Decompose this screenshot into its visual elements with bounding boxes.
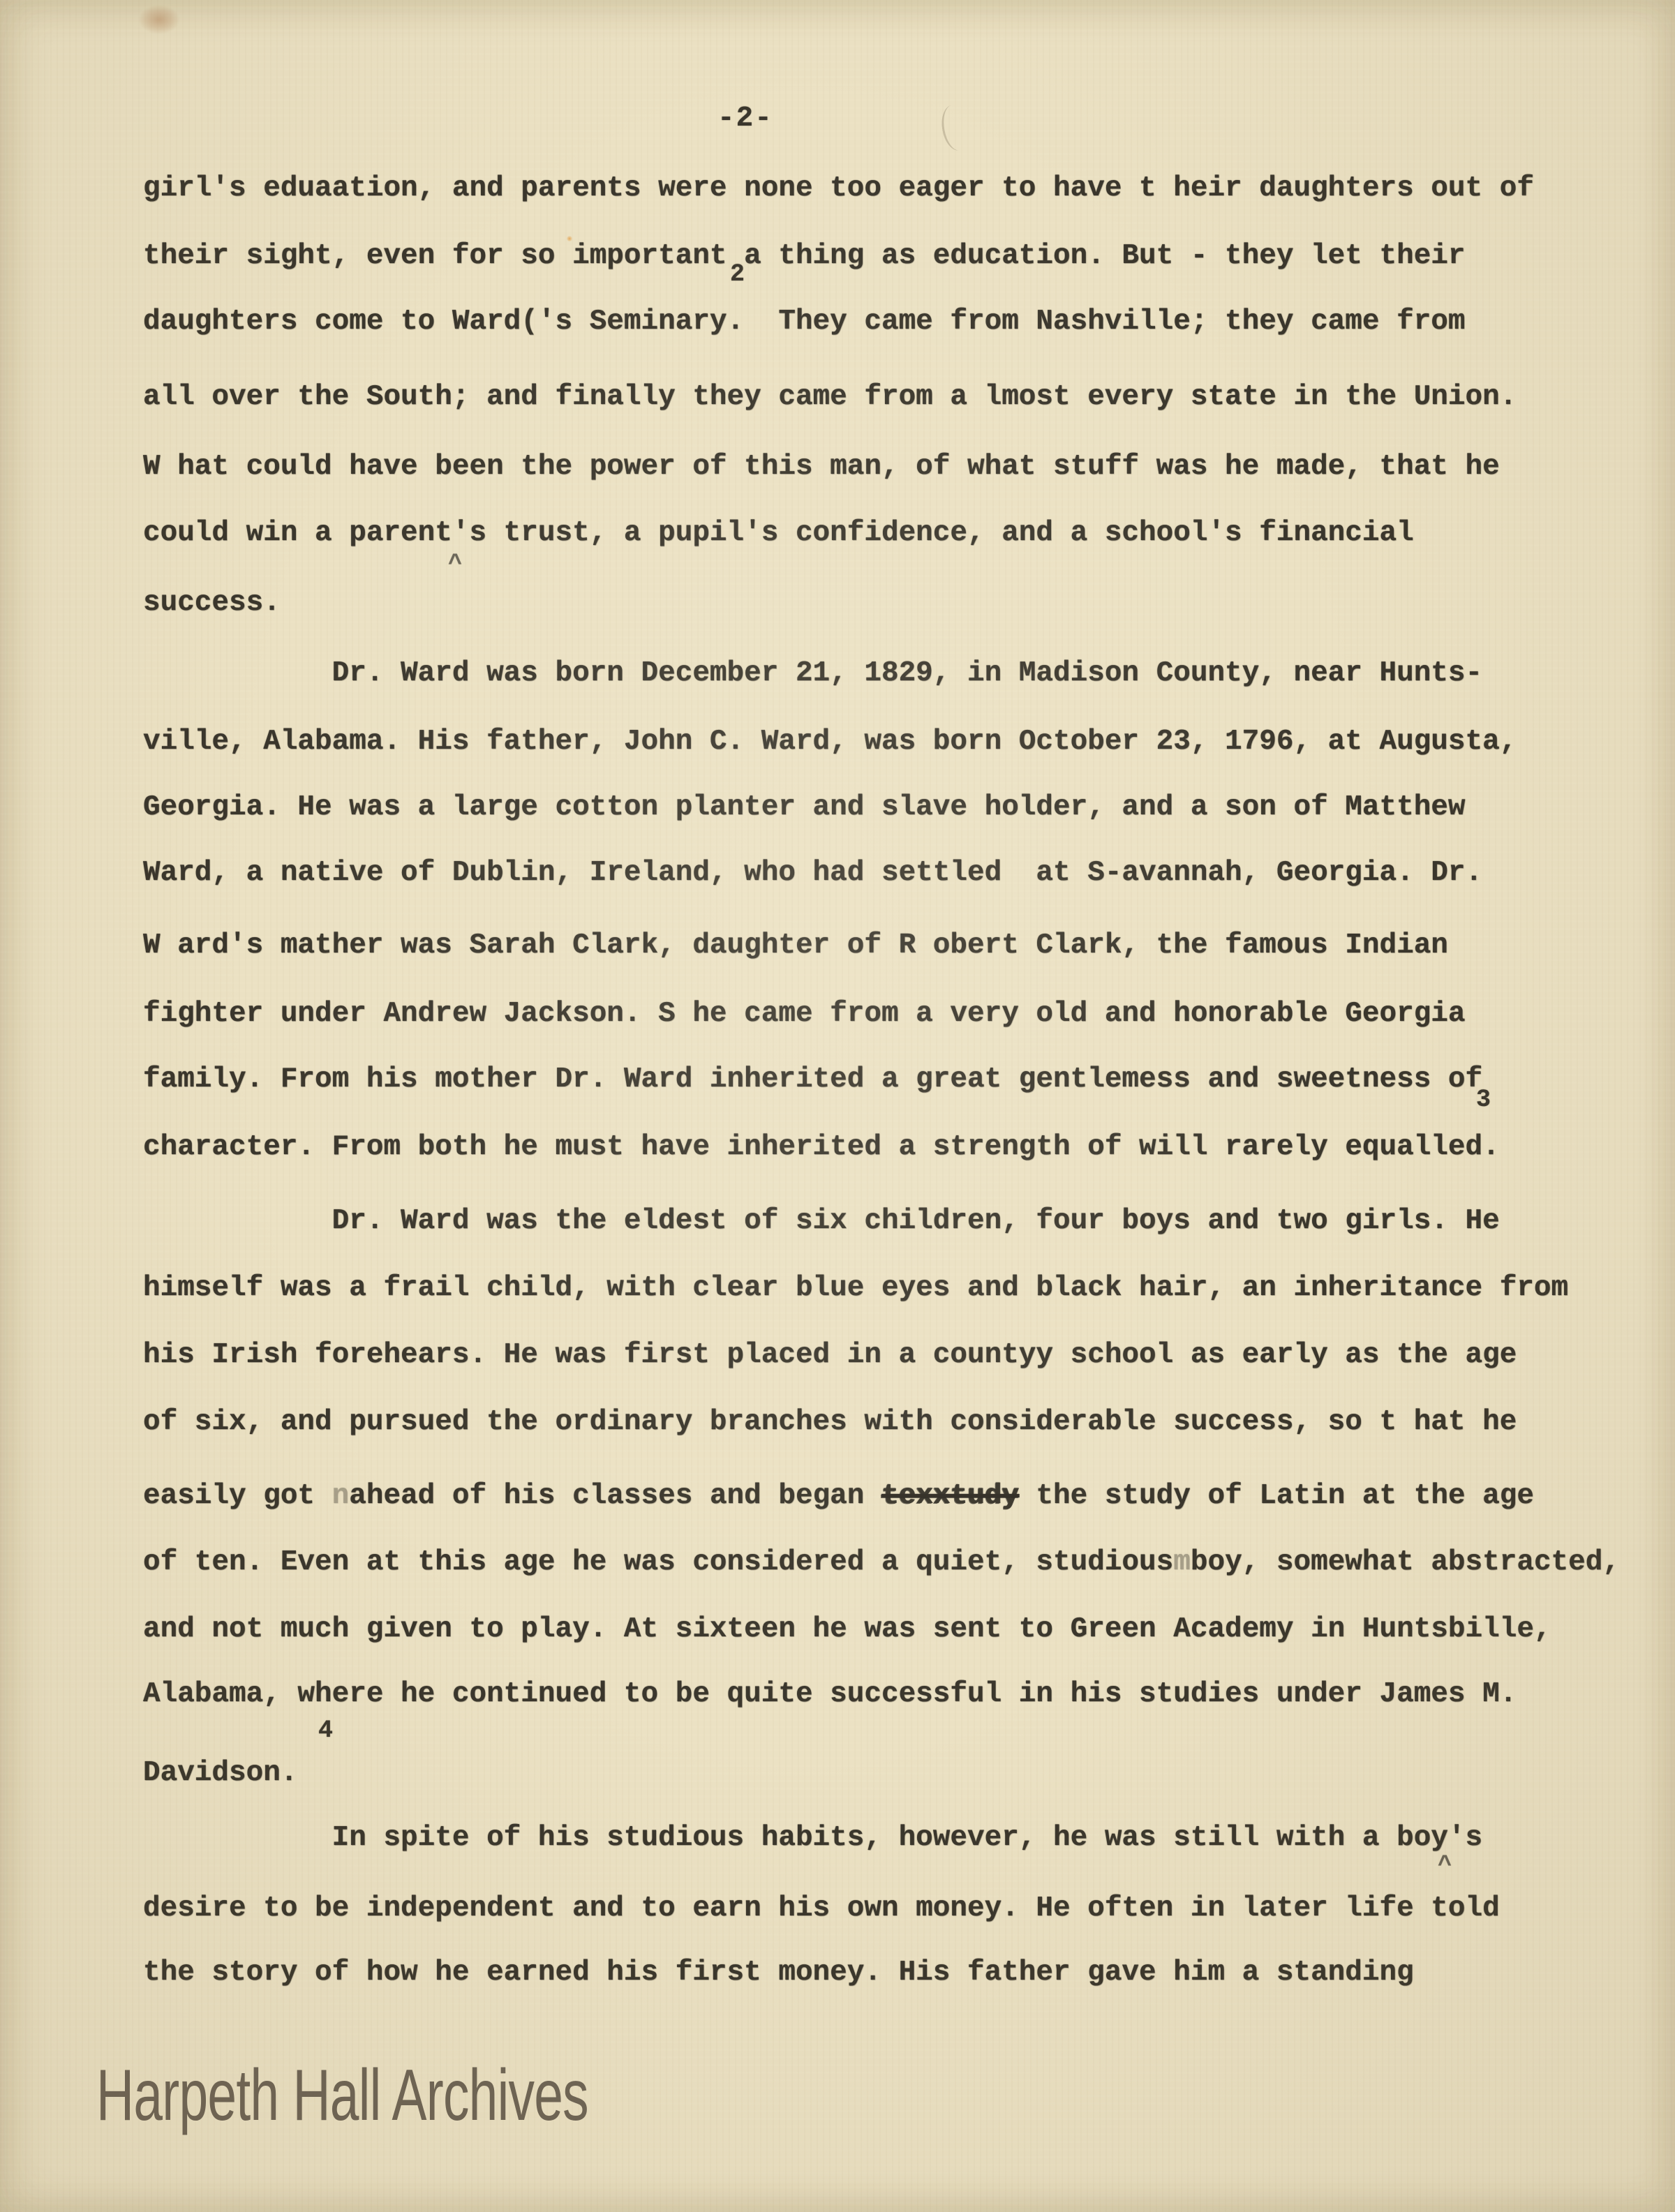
text-line: W ard's mather was Sarah Clark, daughter… xyxy=(143,927,1448,964)
text-line: success. xyxy=(143,584,281,622)
text-line: could win a parent's trust, a pupil's co… xyxy=(143,514,1414,552)
caret-insertion-mark: ^ xyxy=(448,551,462,578)
text-line: of six, and pursued the ordinary branche… xyxy=(143,1403,1517,1441)
text-line: Dr. Ward was born December 21, 1829, in … xyxy=(143,655,1482,692)
text-line: Dr. Ward was the eldest of six children,… xyxy=(143,1202,1500,1240)
footnote-marker: 3 xyxy=(1476,1086,1491,1114)
text-line: family. From his mother Dr. Ward inherit… xyxy=(143,1061,1482,1098)
ghost-text: m xyxy=(1173,1546,1191,1578)
text-line: himself was a frail child, with clear bl… xyxy=(143,1269,1568,1307)
text-line: desire to be independent and to earn his… xyxy=(143,1890,1500,1927)
text-line: Davidson. xyxy=(143,1754,297,1792)
text-line: fighter under Andrew Jackson. S he came … xyxy=(143,995,1466,1033)
archive-watermark: Harpeth Hall Archives xyxy=(96,2057,588,2134)
text-line: and not much given to play. At sixteen h… xyxy=(143,1611,1551,1648)
text-line: ville, Alabama. His father, John C. Ward… xyxy=(143,723,1517,761)
text-line: all over the South; and finally they cam… xyxy=(143,378,1517,416)
page-number: -2- xyxy=(717,103,773,135)
footnote-marker: 2 xyxy=(730,260,745,288)
caret-insertion-mark: ^ xyxy=(1438,1853,1452,1879)
text-line: the story of how he earned his first mon… xyxy=(143,1954,1414,1991)
text-line: his Irish forehears. He was first placed… xyxy=(143,1336,1517,1374)
text-line: W hat could have been the power of this … xyxy=(143,448,1500,486)
text-line: girl's eduaation, and parents were none … xyxy=(143,170,1534,207)
pen-scratch-mark xyxy=(939,103,974,153)
text-line: Georgia. He was a large cotton planter a… xyxy=(143,789,1466,826)
text-line: their sight, even for so important a thi… xyxy=(143,237,1466,275)
text-line: easily got nahead of his classes and beg… xyxy=(143,1477,1534,1515)
text-line: Alabama, where he continued to be quite … xyxy=(143,1675,1517,1713)
footnote-marker: 4 xyxy=(318,1717,333,1744)
text-line: Ward, a native of Dublin, Ireland, who h… xyxy=(143,854,1482,892)
paper-stain xyxy=(140,6,179,33)
ghost-text: n xyxy=(332,1480,350,1512)
text-line: daughters come to Ward('s Seminary. They… xyxy=(143,303,1466,341)
scanned-typewritten-page: -2- girl's eduaation, and parents were n… xyxy=(0,0,1675,2212)
text-line: In spite of his studious habits, however… xyxy=(143,1819,1482,1857)
text-line: character. From both he must have inheri… xyxy=(143,1128,1500,1166)
struck-text: texxtudy xyxy=(881,1480,1019,1512)
text-line: of ten. Even at this age he was consider… xyxy=(143,1544,1620,1581)
